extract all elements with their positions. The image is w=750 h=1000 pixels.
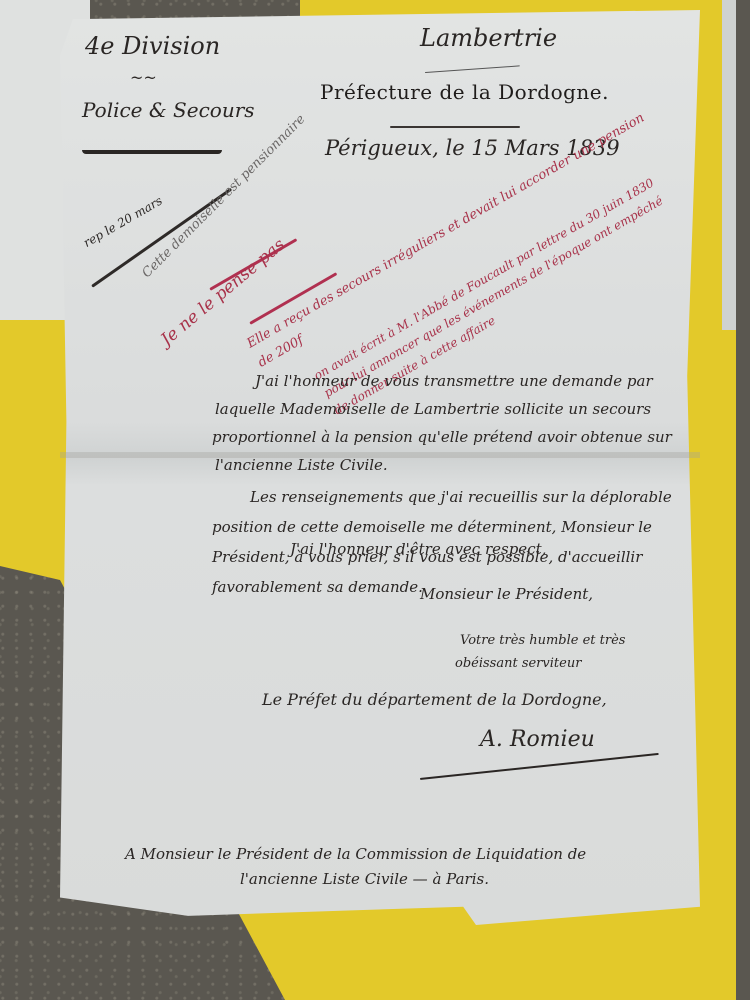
- signatory-title: Le Préfet du département de la Dordogne,: [262, 690, 607, 709]
- body-line-8: favorablement sa demande.: [212, 578, 423, 596]
- carpet-edge-right: [736, 0, 750, 1000]
- header-flourish: [82, 150, 222, 154]
- closing-line-4: obéissant serviteur: [455, 656, 581, 671]
- name-tag: Lambertrie: [420, 24, 557, 52]
- underlying-sheet-right: [722, 0, 736, 330]
- letterhead-rule: [390, 126, 520, 128]
- body-line-1: J'ai l'honneur de vous transmettre une d…: [255, 372, 653, 390]
- letterhead-title: Préfecture de la Dordogne.: [320, 80, 609, 104]
- closing-line-3: Votre très humble et très: [460, 633, 625, 648]
- division-flourish: ~~: [130, 68, 157, 87]
- body-line-4: l'ancienne Liste Civile.: [215, 456, 388, 474]
- signature: A. Romieu: [480, 727, 595, 752]
- closing-line-1: J'ai l'honneur d'être avec respect,: [290, 540, 546, 558]
- closing-line-2: Monsieur le Président,: [420, 585, 593, 603]
- addressee-line-1: A Monsieur le Président de la Commission…: [125, 845, 586, 863]
- service-label: Police & Secours: [82, 98, 255, 122]
- body-line-2: laquelle Mademoiselle de Lambertrie soll…: [215, 400, 651, 418]
- body-line-6: position de cette demoiselle me détermin…: [212, 518, 652, 536]
- division-label: 4e Division: [85, 32, 220, 60]
- addressee-line-2: l'ancienne Liste Civile — à Paris.: [240, 870, 489, 888]
- body-line-5: Les renseignements que j'ai recueillis s…: [250, 488, 672, 506]
- body-line-3: proportionnel à la pension qu'elle préte…: [212, 428, 672, 446]
